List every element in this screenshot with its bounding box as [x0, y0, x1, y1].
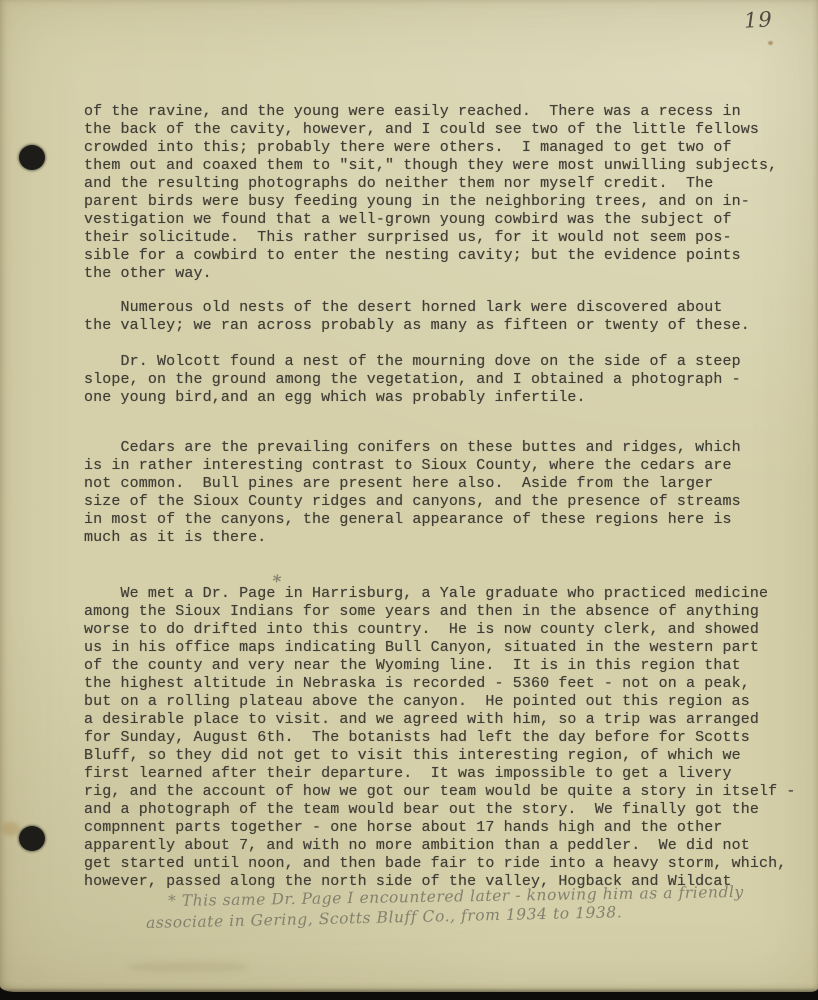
text-line: in most of the canyons, the general appe… [84, 511, 741, 529]
text-line: for Sunday, August 6th. The botanists ha… [84, 729, 795, 747]
text-line: worse to do drifted into this country. H… [84, 621, 795, 639]
text-line: their solicitude. This rather surprised … [84, 229, 777, 247]
text-line: of the ravine, and the young were easily… [84, 103, 777, 121]
hole-punch-top [19, 145, 45, 170]
text-line: parent birds were busy feeding young in … [84, 193, 777, 211]
text-line: rig, and the account of how we got our t… [84, 783, 795, 801]
paper-stain [128, 962, 248, 972]
paper-stain [768, 41, 773, 45]
text-line: and the resulting photographs do neither… [84, 175, 777, 193]
page-bottom-edge [0, 988, 818, 1000]
text-line: much as it is there. [84, 529, 741, 547]
document-page: 19 of the ravine, and the young were eas… [0, 0, 818, 1000]
text-line: Dr. Wolcott found a nest of the mourning… [84, 353, 741, 371]
text-line: the back of the cavity, however, and I c… [84, 121, 777, 139]
text-line: get started until noon, and then bade fa… [84, 855, 795, 873]
paragraph: Dr. Wolcott found a nest of the mourning… [84, 353, 741, 407]
text-line: crowded into this; probably there were o… [84, 139, 777, 157]
hole-punch-bottom [19, 826, 45, 851]
text-line: and a photograph of the team would bear … [84, 801, 795, 819]
text-line: a desirable place to visit. and we agree… [84, 711, 795, 729]
text-line: Numerous old nests of the desert horned … [84, 299, 750, 317]
text-line: but on a rolling plateau above the canyo… [84, 693, 795, 711]
text-line: Cedars are the prevailing conifers on th… [84, 439, 741, 457]
text-line: We met a Dr. Page in Harrisburg, a Yale … [84, 585, 795, 603]
paragraph: Cedars are the prevailing conifers on th… [84, 439, 741, 547]
text-line: one young bird,and an egg which was prob… [84, 389, 741, 407]
text-line: us in his office maps indicating Bull Ca… [84, 639, 795, 657]
paper-stain [2, 822, 20, 836]
text-line: slope, on the ground among the vegetatio… [84, 371, 741, 389]
text-line: them out and coaxed them to "sit," thoug… [84, 157, 777, 175]
text-line: Bluff, so they did not get to visit this… [84, 747, 795, 765]
paragraph: Numerous old nests of the desert horned … [84, 299, 750, 335]
text-line: sible for a cowbird to enter the nesting… [84, 247, 777, 265]
text-line: among the Sioux Indians for some years a… [84, 603, 795, 621]
paragraph: of the ravine, and the young were easily… [84, 103, 777, 283]
text-line: is in rather interesting contrast to Sio… [84, 457, 741, 475]
text-line: vestigation we found that a well-grown y… [84, 211, 777, 229]
text-line: the other way. [84, 265, 777, 283]
text-line: size of the Sioux County ridges and cany… [84, 493, 741, 511]
text-line: the valley; we ran across probably as ma… [84, 317, 750, 335]
text-line: of the county and very near the Wyoming … [84, 657, 795, 675]
paragraph: We met a Dr. Page in Harrisburg, a Yale … [84, 585, 795, 891]
text-line: first learned after their departure. It … [84, 765, 795, 783]
page-number: 19 [743, 7, 773, 32]
text-line: apparently about 7, and with no more amb… [84, 837, 795, 855]
text-line: not common. Bull pines are present here … [84, 475, 741, 493]
text-line: compnnent parts together - one horse abo… [84, 819, 795, 837]
text-line: the highest altitude in Nebraska is reco… [84, 675, 795, 693]
